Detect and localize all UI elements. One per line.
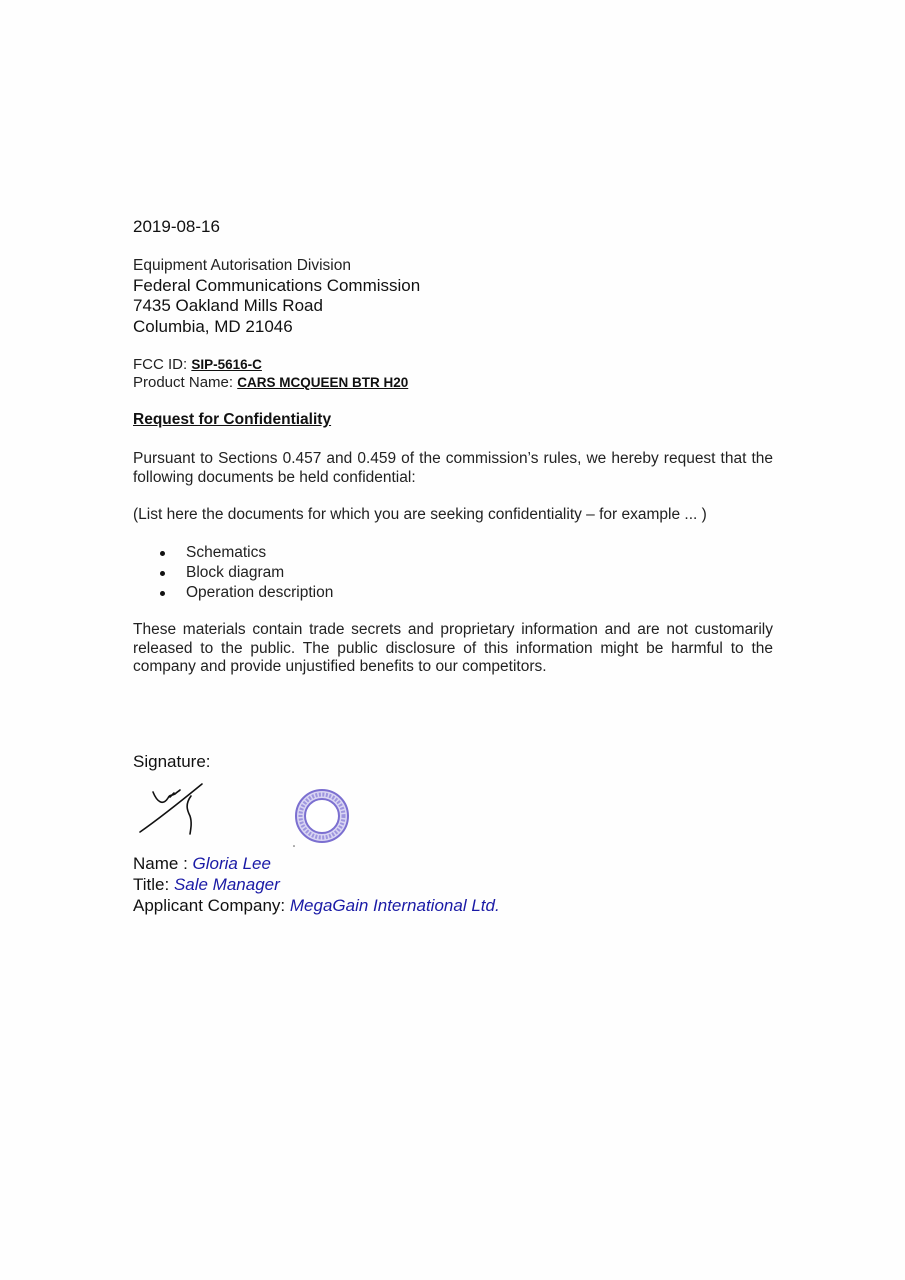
signer-title-label: Title: [133, 875, 174, 894]
list-item: Block diagram [160, 563, 333, 583]
product-name-value: CARS MCQUEEN BTR H20 [237, 375, 408, 390]
signature-label: Signature: [133, 752, 211, 772]
fcc-id-value: SIP-5616-C [191, 357, 262, 372]
signer-title-value: Sale Manager [174, 875, 280, 894]
letter-date: 2019-08-16 [133, 217, 220, 237]
recipient-city: Columbia, MD 21046 [133, 317, 293, 337]
instruction-paragraph: (List here the documents for which you a… [133, 506, 773, 525]
product-name-label: Product Name: [133, 374, 237, 391]
recipient-division: Equipment Autorisation Division [133, 257, 351, 275]
signer-title-line: Title: Sale Manager [133, 875, 280, 895]
signer-name-line: Name : Gloria Lee [133, 854, 271, 874]
letter-page: 2019-08-16 Equipment Autorisation Divisi… [0, 0, 905, 1280]
list-item: Schematics [160, 543, 333, 563]
product-name-line: Product Name: CARS MCQUEEN BTR H20 [133, 374, 408, 391]
closing-paragraph: These materials contain trade secrets an… [133, 621, 773, 677]
letter-heading: Request for Confidentiality [133, 411, 331, 429]
confidential-documents-list: Schematics Block diagram Operation descr… [160, 543, 333, 603]
applicant-company-label: Applicant Company: [133, 896, 290, 915]
recipient-organization: Federal Communications Commission [133, 276, 420, 296]
company-stamp-icon [292, 788, 352, 848]
fcc-id-label: FCC ID: [133, 356, 191, 373]
intro-paragraph: Pursuant to Sections 0.457 and 0.459 of … [133, 450, 773, 487]
applicant-company-value: MegaGain International Ltd. [290, 896, 500, 915]
signature-icon [135, 780, 210, 840]
list-item: Operation description [160, 583, 333, 603]
signer-name-value: Gloria Lee [193, 854, 271, 873]
applicant-company-line: Applicant Company: MegaGain Internationa… [133, 896, 500, 916]
signer-name-label: Name : [133, 854, 193, 873]
recipient-street: 7435 Oakland Mills Road [133, 296, 323, 316]
fcc-id-line: FCC ID: SIP-5616-C [133, 356, 262, 373]
